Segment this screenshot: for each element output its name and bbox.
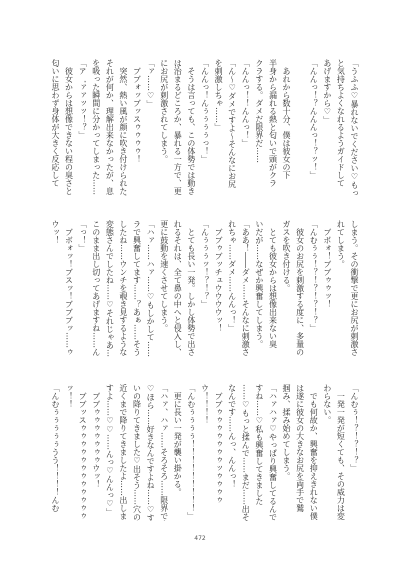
text-line: あれから数十分、僕は彼女の下 xyxy=(279,59,293,196)
text-line: 「んむぅ！？！？！？」 xyxy=(347,384,361,521)
text-line: 「んむぅぅぅぅぅうう！！！！んむ xyxy=(48,384,62,521)
text-line: 「んんっ！！んんっ！」 xyxy=(239,59,253,196)
text-band-lower: 「んむぅ！？！？！？」 一発一発が短くても、その威力は変 わらない。 でも何故か… xyxy=(48,384,361,521)
text-line: れちゃ……ダメ……んんっ！」 xyxy=(225,220,239,357)
text-line: このまま出し切ってあげますね……ん xyxy=(89,220,103,357)
text-line: 彼女のお尻を刺激する度に、多量の xyxy=(293,220,307,357)
text-line: わらない。 xyxy=(320,384,334,521)
text-line: ウ！！！！ xyxy=(198,384,212,521)
text-line: を刺激しちゃ……」 xyxy=(211,59,225,196)
text-line: 一発一発が短くても、その威力は変 xyxy=(334,384,348,521)
text-line: 彼女からは想像できない程の臭さと xyxy=(62,59,76,196)
text-line: ブブゥゥゥゥゥゥゥウッ！ xyxy=(89,384,103,521)
text-line: ッ！！ xyxy=(62,384,76,521)
text-band-upper: 「うふふ♡暴れないでください♡もっ と気持ちよくなれるようガイドして あげますか… xyxy=(48,59,361,196)
text-line: は遂に彼女の大きなお尻を両手で鷲 xyxy=(293,384,307,521)
text-line: したね……ウンチを覗き見するような xyxy=(116,220,130,357)
text-line: ウッ！ xyxy=(48,220,62,357)
text-line: ブブォッブッスゥゥゥゥ！ xyxy=(130,59,144,196)
text-line: れてしまう。 xyxy=(334,220,348,357)
text-line: すよ……♡♡……んっ♡んんっ♡」 xyxy=(103,384,117,521)
text-line: ブボォ！ブブゥゥッ！ xyxy=(320,220,334,357)
text-line: ブブゥブッチュウウウウッ！ xyxy=(211,220,225,357)
text-line: ブブゥゥゥゥゥゥゥッゥゥゥゥ xyxy=(211,384,225,521)
text-line: 「んぅぅぅッ！？！？」 xyxy=(198,220,212,357)
text-line: いの降りてきました♡出そう……穴の xyxy=(130,384,144,521)
text-line: ガスを吹き付ける。 xyxy=(279,220,293,357)
text-line: 「ハァ……ハァ……♡もしかして……オナ xyxy=(144,220,158,357)
text-line: にお尻が刺激されてしまう。 xyxy=(157,59,171,196)
text-line: ブボォッ！ブスッ！ブブブッ……ゥゥ xyxy=(62,220,76,357)
text-band-middle: しまう。その衝撃で更にお尻が刺激さ れてしまう。 ブボォ！ブブゥゥッ！ 「んむぅ… xyxy=(48,220,361,357)
text-line: とても彼女からは想像出来ない臭 xyxy=(266,220,280,357)
text-line: 「んむぅぅ！？！？！？！？」 xyxy=(307,220,321,357)
text-line: すね……♡私も興奮してきました xyxy=(252,384,266,521)
text-line: ブブッスゥゥゥゥゥゥゥゥゥゥゥゥ xyxy=(76,384,90,521)
text-line: 「ああ！――ダメ……そんなに刺激さ xyxy=(239,220,253,357)
text-line: 匂いに思わず身体が大きく反応して xyxy=(48,59,62,196)
text-line: 変態さんでしたね……♡それじゃあ…… xyxy=(103,220,117,357)
text-line: とても長い一発。しかし体勢で出さ xyxy=(184,220,198,357)
text-line: れるそれは、全て鼻の中へと侵入し、 xyxy=(171,220,185,357)
text-line: 更に長い一発が襲い掛かる。 xyxy=(171,384,185,521)
text-line: を吸った瞬間に分かってしまった…… xyxy=(89,59,103,196)
text-line: 「ん～♡ダメですよ～そんなにお尻 xyxy=(225,59,239,196)
book-page: 「うふふ♡暴れないでください♡もっ と気持ちよくなれるようガイドして あげますか… xyxy=(0,0,400,565)
text-line: 近くまで降りてきましたよ……出しま xyxy=(116,384,130,521)
text-line: いだが……なぜか興奮してしまう。 xyxy=(252,220,266,357)
text-line: 「ハァ、ハァ……そろそろ……限界です…… xyxy=(157,384,171,521)
text-line: 「うふふ♡暴れないでください♡もっ xyxy=(347,59,361,196)
text-line: しまう。その衝撃で更にお尻が刺激さ xyxy=(347,220,361,357)
text-line: 更に鼓動を速くさせてしまう。 xyxy=(157,220,171,357)
text-line: ……♡もっと揉んで……まだ……出そう xyxy=(239,384,253,521)
text-line: は治まるどころか、暴れる一方で、更 xyxy=(171,59,185,196)
text-line: でも何故か、興奮を抑えきれない僕 xyxy=(307,384,321,521)
text-line: 「んんっ！？んんんっ！？ッ！」 xyxy=(307,59,321,196)
text-line: 突然、熱い風が顔に吹き付けられた。 xyxy=(116,59,130,196)
text-line: 半身から漏れる熱と匂いで頭がクラ xyxy=(266,59,280,196)
text-line: ラで興奮してます……？あぁ……そうで xyxy=(130,220,144,357)
page-number: 472 xyxy=(0,535,400,542)
text-line: 「んんっ！んぅぅぅぅっ！」 xyxy=(198,59,212,196)
text-line: クラする。ダメだ限界だ…… xyxy=(252,59,266,196)
text-line: あげますから♡」 xyxy=(320,59,334,196)
text-line: 「ハァハァ♡やっぱり興奮してるんで xyxy=(266,384,280,521)
text-line: そうは言っても、この体勢では動き xyxy=(184,59,198,196)
text-line: 「っ！」 xyxy=(76,220,90,357)
text-line xyxy=(293,59,307,196)
text-line: それが何か、理解出来なかったが、息 xyxy=(103,59,117,196)
text-line: と気持ちよくなれるようガイドして xyxy=(334,59,348,196)
text-line: 掴み、揉み始めてしまう。 xyxy=(279,384,293,521)
text-line: 「ア゛ァァッッ！？」 xyxy=(76,59,90,196)
text-line: なんです……んっ、んんっ！ xyxy=(225,384,239,521)
text-line: ♡ほら……好きなんですよね……♡すご xyxy=(144,384,158,521)
text-line: 「ァ……♡」 xyxy=(144,59,158,196)
text-line: 「んむぅぅぅぅ！！！！！！！！！」 xyxy=(184,384,198,521)
